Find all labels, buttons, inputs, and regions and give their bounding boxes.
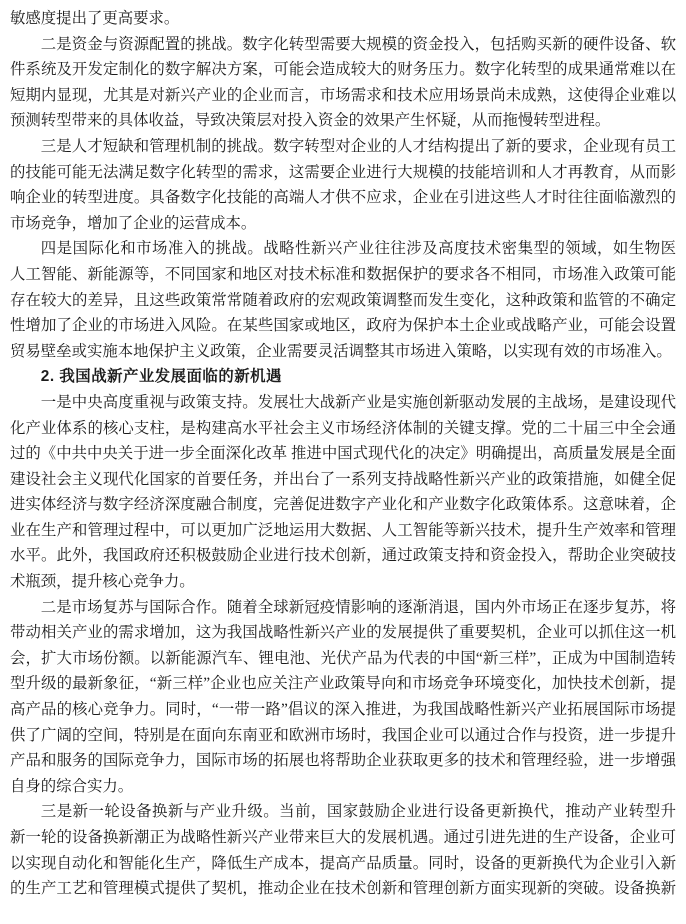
text-line: 高产品的核心竞争力。同时，“一带一路”倡议的深入推进，为我国战略性新兴产业拓展国… [10, 697, 676, 723]
text-line: 进实体经济与数字经济深度融合制度，完善促进数字产业化和产业数字化政策体系。这意味… [10, 492, 676, 518]
text-line: 预测转型带来的具体收益，导致决策层对投入资金的效果产生怀疑，从而拖慢转型进程。 [10, 108, 676, 134]
text-line: 二是市场复苏与国际合作。随着全球新冠疫情影响的逐渐消退，国内外市场正在逐步复苏，… [10, 595, 676, 621]
text-line: 性增加了企业的市场进入风险。在某些国家或地区，政府为保护本土企业或战略产业，可能… [10, 313, 676, 339]
text-line: 供了广阔的空间，特别是在面向东南亚和欧洲市场时，我国企业可以通过合作与投资，进一… [10, 723, 676, 749]
text-line: 二是资金与资源配置的挑战。数字化转型需要大规模的资金投入，包括购买新的硬件设备、… [10, 32, 676, 58]
text-line: 的生产工艺和管理模式提供了契机，推动企业在技术创新和管理创新方面实现新的突破。设… [10, 876, 676, 902]
text-line: 水平。此外，我国政府还积极鼓励企业进行技术创新，通过政策支持和资金投入，帮助企业… [10, 543, 676, 569]
text-line: 敏感度提出了更高要求。 [10, 6, 676, 32]
text-line: 市场竞争，增加了企业的运营成本。 [10, 211, 676, 237]
text-line: 件系统及开发定制化的数字解决方案，可能会造成较大的财务压力。数字化转型的成果通常… [10, 57, 676, 83]
text-line: 产品和服务的国际竞争力，国际市场的拓展也将帮助企业获取更多的技术和管理经验，进一… [10, 748, 676, 774]
section-heading: 2. 我国战新产业发展面临的新机遇 [10, 364, 676, 390]
text-line: 三是新一轮设备换新与产业升级。当前，国家鼓励企业进行设备更新换代，推动产业转型升… [10, 799, 676, 825]
text-line: 贸易壁垒或实施本地保护主义政策，企业需要灵活调整其市场进入策略，以实现有效的市场… [10, 339, 676, 365]
text-line: 一是中央高度重视与政策支持。发展壮大战新产业是实施创新驱动发展的主战场，是建设现… [10, 390, 676, 416]
text-line: 四是国际化和市场准入的挑战。战略性新兴产业往往涉及高度技术密集型的领域，如生物医… [10, 236, 676, 262]
text-line: 型升级的最新象征，“新三样”企业也应关注产业政策导向和市场竞争环境变化，加快技术… [10, 671, 676, 697]
text-line: 存在较大的差异，且这些政策常常随着政府的宏观政策调整而发生变化，这种政策和监管的… [10, 288, 676, 314]
text-line: 三是人才短缺和管理机制的挑战。数字转型对企业的人才结构提出了新的要求，企业现有员… [10, 134, 676, 160]
text-line: 术瓶颈，提升核心竞争力。 [10, 569, 676, 595]
document-page: 敏感度提出了更高要求。 二是资金与资源配置的挑战。数字化转型需要大规模的资金投入… [0, 0, 686, 924]
text-line: 新一轮的设备换新潮正为战略性新兴产业带来巨大的发展机遇。通过引进先进的生产设备，… [10, 825, 676, 851]
text-line: 过的《中共中央关于进一步全面深化改革 推进中国式现代化的决定》明确提出，高质量发… [10, 441, 676, 467]
text-line: 以实现自动化和智能化生产，降低生产成本，提高产品质量。同时，设备的更新换代为企业… [10, 851, 676, 877]
text-line: 短期内显现，尤其是对新兴产业的企业而言，市场需求和技术应用场景尚未成熟，这使得企… [10, 83, 676, 109]
text-line: 的技能可能无法满足数字化转型的需求，这需要企业进行大规模的技能培训和人才再教育，… [10, 160, 676, 186]
text-line: 响企业的转型进度。具备数字化技能的高端人才供不应求，企业在引进这些人才时往往面临… [10, 185, 676, 211]
text-line: 自身的综合实力。 [10, 774, 676, 800]
text-line: 化产业体系的核心支柱，是构建高水平社会主义市场经济体制的关键支撑。党的二十届三中… [10, 416, 676, 442]
text-line: 人工智能、新能源等，不同国家和地区对技术标准和数据保护的要求各不相同，市场准入政… [10, 262, 676, 288]
text-line: 会，扩大市场份额。以新能源汽车、锂电池、光伏产品为代表的中国“新三样”，正成为中… [10, 646, 676, 672]
text-line: 带动相关产业的需求增加，这为我国战略性新兴产业的发展提供了重要契机，企业可以抓住… [10, 620, 676, 646]
text-line: 业在生产和管理过程中，可以更加广泛地运用大数据、人工智能等新兴技术，提升生产效率… [10, 518, 676, 544]
text-line: 建设社会主义现代化国家的首要任务，并出台了一系列支持战略性新兴产业的政策措施，如… [10, 467, 676, 493]
